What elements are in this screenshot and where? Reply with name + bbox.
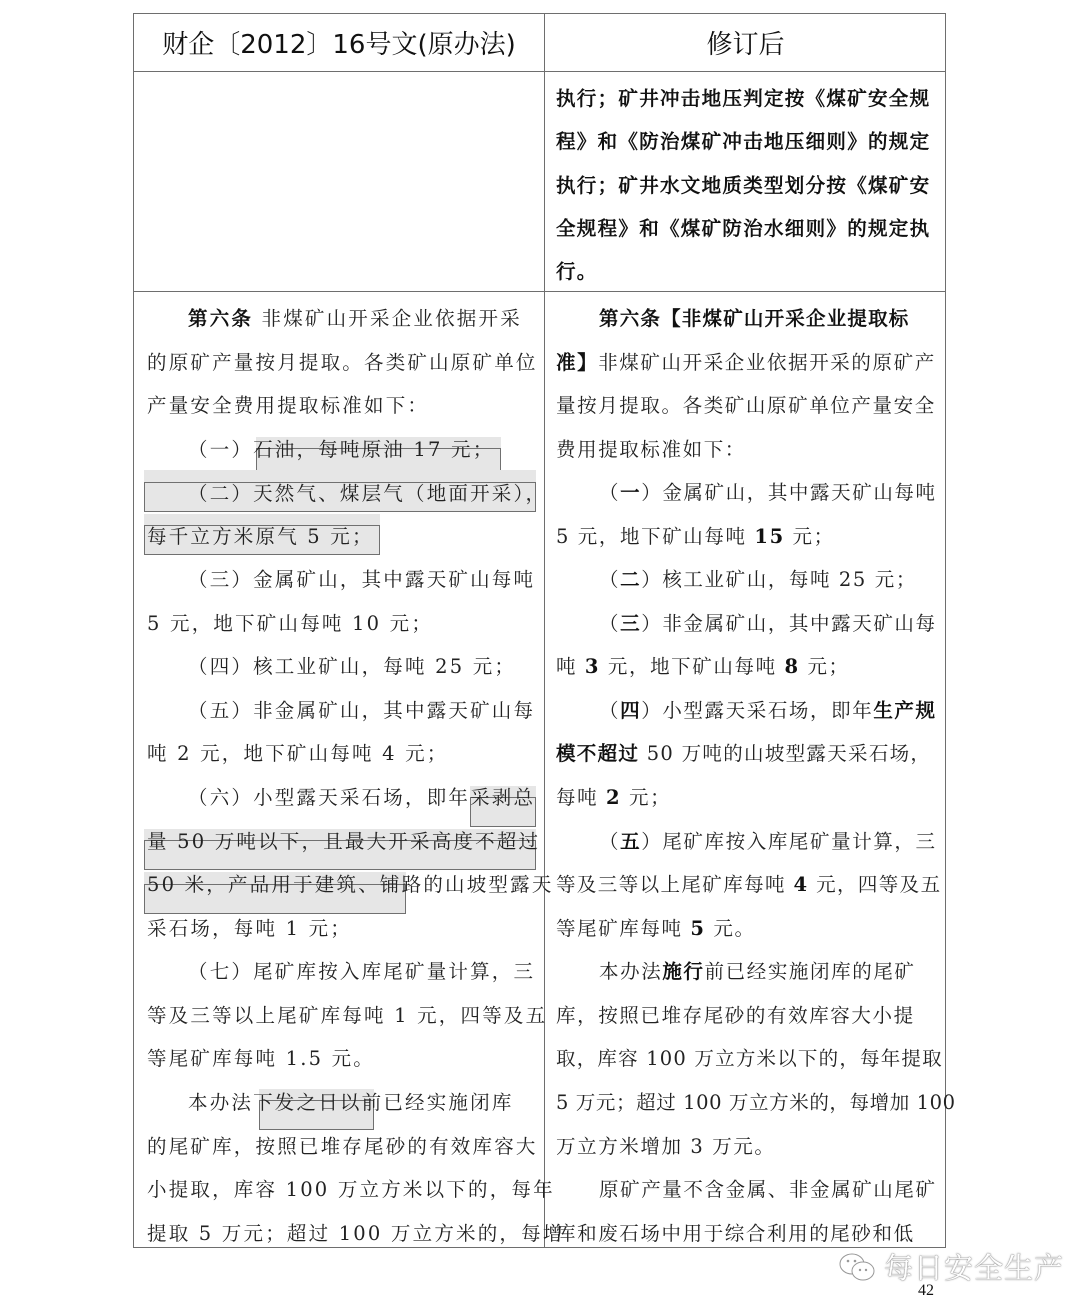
row1-revised-cell: 执行；矿井冲击地压判定按《煤矿安全规 程》和《防治煤矿冲击地压细则》的规定 执行…	[545, 72, 946, 291]
text-line: （一）金属矿山，其中露天矿山每吨	[599, 478, 937, 508]
text-line: 5 元，地下矿山每吨 10 元；	[147, 609, 433, 639]
text-line: 50 米，产品用于建筑、铺路的山坡型露天	[147, 870, 554, 900]
text-line: 产量安全费用提取标准如下：	[147, 391, 429, 421]
text-line: 吨 2 元，地下矿山每吨 4 元；	[147, 739, 449, 769]
text-line: 万立方米增加 3 万元。	[556, 1132, 776, 1162]
highlighted-text: 量 50 万吨以下，且最大开采高度不超过	[147, 827, 540, 857]
row2-original-cell: 第六条 非煤矿山开采企业依据开采 的原矿产量按月提取。各类矿山原矿单位 产量安全…	[134, 292, 544, 1248]
text-line: （七）尾矿库按入库尾矿量计算，三	[188, 957, 535, 987]
article-heading: 第六条【非煤矿山开采企业提取标	[599, 304, 910, 334]
text-line: 提取 5 万元；超过 100 万立方米的，每增	[147, 1219, 565, 1249]
text-line: 第六条 非煤矿山开采企业依据开采	[188, 304, 522, 334]
comparison-table: 财企〔2012〕16号文(原办法) 修订后 执行；矿井冲击地压判定按《煤矿安全规…	[133, 13, 946, 1248]
watermark: 每日安全生产	[838, 1246, 1064, 1287]
text-line: 等尾矿库每吨 5 元。	[556, 914, 756, 944]
text-line: （二）核工业矿山，每吨 25 元；	[599, 565, 917, 595]
text-line: 程》和《防治煤矿冲击地压细则》的规定	[556, 127, 930, 157]
text-line: （五）尾矿库按入库尾矿量计算，三	[599, 827, 937, 857]
text-line: （四）核工业矿山，每吨 25 元；	[188, 652, 516, 682]
text-line: 模不超过 50 万吨的山坡型露天采石场，	[556, 739, 931, 769]
text-line: （四）小型露天采石场，即年生产规	[599, 696, 937, 726]
text-line: 采石场，每吨 1 元；	[147, 914, 352, 944]
text-line: 库和废石场中用于综合利用的尾砂和低	[556, 1219, 915, 1249]
highlighted-text: 采剥总	[470, 786, 535, 809]
text-line: 小提取，库容 100 万立方米以下的，每年	[147, 1175, 555, 1205]
highlighted-text: 每千立方米原气 5 元；	[147, 522, 374, 552]
text-line: 原矿产量不含金属、非金属矿山尾矿	[599, 1175, 937, 1205]
wechat-icon	[838, 1252, 878, 1282]
highlighted-text: 下发之日以	[253, 1091, 362, 1114]
text-line: 行。	[556, 257, 598, 287]
text-line: 执行；矿井水文地质类型划分按《煤矿安	[556, 171, 930, 201]
text-line: （一）石油，每吨原油 17 元；	[188, 435, 494, 465]
highlighted-text: 石油，每吨原油 17 元；	[253, 438, 494, 461]
text-line: 5 万元；超过 100 万立方米的，每增加 100	[556, 1088, 956, 1118]
header-original: 财企〔2012〕16号文(原办法)	[134, 14, 544, 71]
text-line: 库，按照已堆存尾砂的有效库容大小提	[556, 1001, 915, 1031]
highlighted-text: 50 米，产品用于建筑、铺路	[147, 873, 423, 896]
text-line: 等尾矿库每吨 1.5 元。	[147, 1044, 375, 1074]
text-line: （六）小型露天采石场，即年采剥总	[188, 783, 535, 813]
text-line: 本办法下发之日以前已经实施闭库	[188, 1088, 514, 1118]
header-revised: 修订后	[545, 14, 946, 71]
text-line: 取，库容 100 万立方米以下的，每年提取	[556, 1044, 943, 1074]
text-line: （五）非金属矿山，其中露天矿山每	[188, 696, 535, 726]
text-line: 本办法施行前已经实施闭库的尾矿	[599, 957, 916, 987]
text-line: 量按月提取。各类矿山原矿单位产量安全	[556, 391, 936, 421]
watermark-text: 每日安全生产	[884, 1246, 1064, 1287]
row2-revised-cell: 第六条【非煤矿山开采企业提取标 准】非煤矿山开采企业依据开采的原矿产 量按月提取…	[545, 292, 946, 1248]
text-line: 等及三等以上尾矿库每吨 1 元，四等及五	[147, 1001, 547, 1031]
text-line: 5 元，地下矿山每吨 15 元；	[556, 522, 835, 552]
text-line: （三）非金属矿山，其中露天矿山每	[599, 609, 937, 639]
text-line: （三）金属矿山，其中露天矿山每吨	[188, 565, 535, 595]
text-line: 全规程》和《煤矿防治水细则》的规定执	[556, 214, 930, 244]
text-line: 费用提取标准如下：	[556, 435, 746, 465]
text-line: 吨 3 元，地下矿山每吨 8 元；	[556, 652, 850, 682]
highlighted-text: （二）天然气、煤层气（地面开采），	[188, 479, 547, 509]
text-line: 准】非煤矿山开采企业依据开采的原矿产	[556, 348, 936, 378]
text-line: 的原矿产量按月提取。各类矿山原矿单位	[147, 348, 538, 378]
text-line: 每吨 2 元；	[556, 783, 671, 813]
text-line: 执行；矿井冲击地压判定按《煤矿安全规	[556, 84, 930, 114]
text-line: 的尾矿库，按照已堆存尾砂的有效库容大	[147, 1132, 538, 1162]
article-number: 第六条	[188, 307, 253, 330]
page-number: 42	[918, 1282, 934, 1300]
text-line: 等及三等以上尾矿库每吨 4 元，四等及五	[556, 870, 941, 900]
